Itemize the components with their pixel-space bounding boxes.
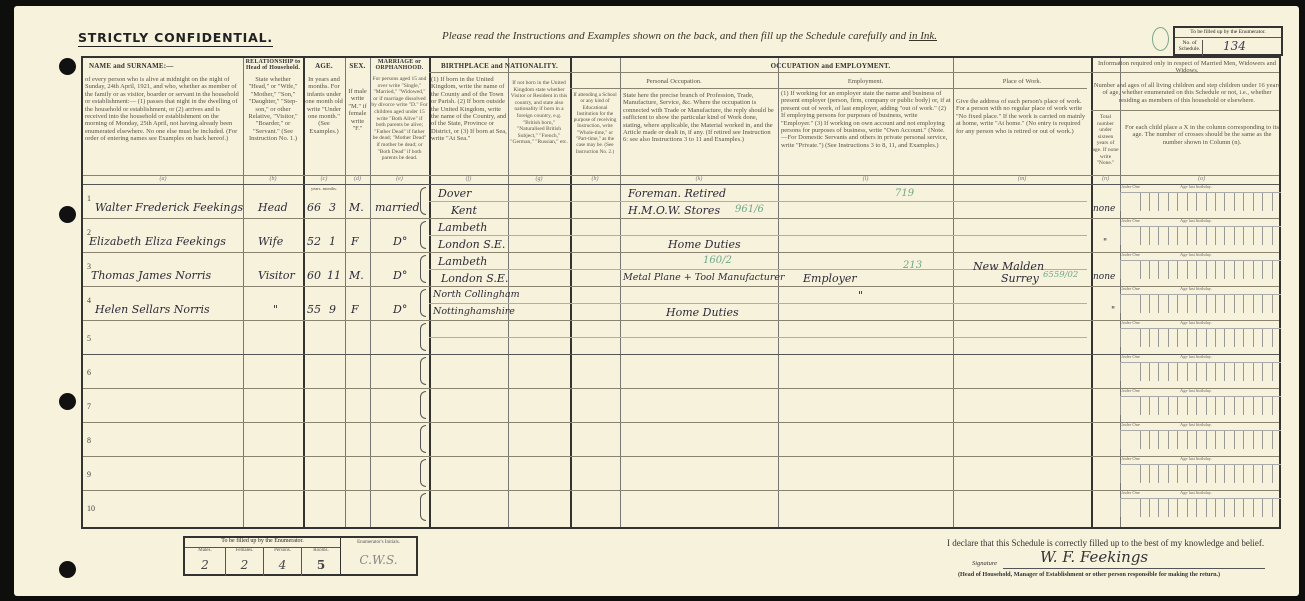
age-grid-under: Under One <box>1120 354 1140 362</box>
row-number: 5 <box>87 334 91 343</box>
row-number: 7 <box>87 402 91 411</box>
col-a-instructions: of every person who is alive at midnight… <box>85 76 241 174</box>
age-years: 66 <box>307 201 321 214</box>
col-d-instructions: If male write "M." if female write "F." <box>346 88 369 168</box>
females-label: Females. <box>226 548 263 553</box>
census-table: NAME and SURNAME:— RELATIONSHIP to Head … <box>81 56 1281 529</box>
age-grid: Under OneAge last birthday. <box>1120 184 1281 211</box>
children-total: none <box>1093 204 1115 214</box>
marriage-status: D° <box>393 303 407 316</box>
signature-label: Signature <box>972 560 997 567</box>
age-years: 60 <box>307 269 321 282</box>
age-grid-label: Age last birthday. <box>1180 184 1212 192</box>
initials-label: Enumerator's Initials. <box>341 540 416 545</box>
row-number: 1 <box>87 194 91 203</box>
binder-hole <box>59 206 76 223</box>
age-grid-label: Age last birthday. <box>1180 354 1212 362</box>
relationship: Visitor <box>258 269 295 282</box>
rooms-label: Rooms. <box>302 548 340 553</box>
instruction-ink: in Ink. <box>909 30 937 42</box>
married-instructions: Number and ages of all living children a… <box>1093 82 1281 108</box>
age-months: 11 <box>327 269 341 282</box>
binder-hole <box>59 58 76 75</box>
col-a-title: NAME and SURNAME:— <box>83 62 243 70</box>
males-label: Males. <box>185 548 225 553</box>
age-grid-under: Under One <box>1120 388 1140 396</box>
employment: " <box>858 289 863 302</box>
col-letter-o: (o) <box>1120 176 1283 182</box>
col-letter-l: (l) <box>778 176 953 182</box>
age-grid: Under OneAge last birthday. <box>1120 252 1281 279</box>
marriage-status: married <box>375 201 420 214</box>
signature-note: (Head of Household, Manager of Establish… <box>958 571 1220 578</box>
birthplace-town: Lambeth <box>438 255 487 268</box>
age-grid-label: Age last birthday. <box>1180 388 1212 396</box>
children-total: " <box>1103 238 1107 248</box>
col-letter-b: (b) <box>243 176 303 182</box>
col-b-title: RELATIONSHIP to Head of Household. <box>243 59 303 71</box>
relationship: " <box>273 303 278 316</box>
enumerator-box-title: To be filled up by the Enumerator. <box>185 538 340 548</box>
header-instruction: Please read the Instructions and Example… <box>442 30 937 42</box>
col-letter-d: (d) <box>345 176 370 182</box>
sex: M. <box>349 201 364 214</box>
age-grid-under: Under One <box>1120 184 1140 192</box>
col-e-title: MARRIAGE or ORPHANHOOD. <box>370 59 429 71</box>
marriage-status: D° <box>393 235 407 248</box>
occupation: Metal Plane + Tool Manufacturer <box>623 272 785 283</box>
col-l-instructions: (1) If working for an employer state the… <box>781 90 951 174</box>
age-grid: Under OneAge last birthday. <box>1120 218 1281 245</box>
col-l-title: Employment. <box>778 78 953 85</box>
enumerator-box: To be filled up by the Enumerator. Males… <box>183 536 418 576</box>
signature-line <box>1003 568 1265 569</box>
age-grid: Under OneAge last birthday. <box>1120 456 1281 483</box>
col-h-instructions: If attending a School or any kind of Edu… <box>572 92 618 174</box>
age-grid-label: Age last birthday. <box>1180 218 1212 226</box>
person-name: Helen Sellars Norris <box>95 303 210 316</box>
signature: W. F. Feekings <box>1040 548 1148 566</box>
employment: Employer <box>803 272 857 285</box>
col-o-instructions: For each child place a X in the column c… <box>1123 124 1281 174</box>
age-grid-under: Under One <box>1120 286 1140 294</box>
col-letter-m: (m) <box>953 176 1091 182</box>
sex: F <box>351 235 359 248</box>
age-years: 55 <box>307 303 321 316</box>
rooms-count: 5 <box>302 558 340 572</box>
birthplace-county: Nottinghamshire <box>433 306 515 317</box>
declaration-text: I declare that this Schedule is correctl… <box>947 538 1264 548</box>
age-grid-label: Age last birthday. <box>1180 456 1212 464</box>
col-c-instructions: In years and months. For infants under o… <box>305 76 343 174</box>
col-k-instructions: State here the precise branch of Profess… <box>623 92 775 174</box>
birthplace-title: BIRTHPLACE and NATIONALITY. <box>429 62 570 70</box>
age-grid: Under OneAge last birthday. <box>1120 388 1281 415</box>
age-grid: Under OneAge last birthday. <box>1120 286 1281 313</box>
employment-code: 719 <box>895 188 914 199</box>
col-letter-c: (c) <box>303 176 345 182</box>
sex: M. <box>349 269 364 282</box>
age-months: 1 <box>329 235 336 248</box>
schedule-number-box: To be filled up by the Enumerator. No. o… <box>1173 26 1283 56</box>
age-grid: Under OneAge last birthday. <box>1120 422 1281 449</box>
employment-code: 213 <box>903 260 922 271</box>
age-grid-under: Under One <box>1120 422 1140 430</box>
birthplace-town: Lambeth <box>438 221 487 234</box>
age-grid-label: Age last birthday. <box>1180 252 1212 260</box>
birthplace-town: North Collingham <box>433 289 520 300</box>
marriage-status: D° <box>393 269 407 282</box>
enumerator-initials: C.W.S. <box>341 553 416 567</box>
relationship: Wife <box>258 235 283 248</box>
col-letter-a: (a) <box>83 176 243 182</box>
col-letter-f: (f) <box>429 176 508 182</box>
occupation: Home Duties <box>666 306 739 319</box>
birthplace-town: Dover <box>438 187 471 200</box>
row-number: 10 <box>87 504 95 513</box>
binder-hole <box>59 561 76 578</box>
occupation: Home Duties <box>668 238 741 251</box>
children-total: none <box>1093 272 1115 282</box>
schedule-number: 134 <box>1223 39 1246 53</box>
col-c-title: AGE. <box>303 62 345 70</box>
persons-count: 4 <box>264 558 301 572</box>
col-f-instructions: (1) If born in the United Kingdom, write… <box>431 76 507 174</box>
schedule-box-label: No. of Schedule. <box>1177 40 1203 56</box>
row-number: 9 <box>87 470 91 479</box>
occupation-code: 961/6 <box>735 204 764 215</box>
col-m-title: Place of Work. <box>953 78 1091 85</box>
col-e-instructions: For persons aged 15 and over write "Sing… <box>371 76 428 174</box>
birthplace-county: London S.E. <box>438 238 505 251</box>
col-letter-n: (n) <box>1091 176 1120 182</box>
row-number: 6 <box>87 368 91 377</box>
age-grid: Under OneAge last birthday. <box>1120 320 1281 347</box>
occupation-title: OCCUPATION and EMPLOYMENT. <box>570 62 1091 70</box>
page-title: STRICTLY CONFIDENTIAL. <box>78 30 273 47</box>
col-d-title: SEX. <box>345 62 370 70</box>
person-name: Walter Frederick Feekings <box>95 201 243 214</box>
age-grid-under: Under One <box>1120 252 1140 260</box>
females-count: 2 <box>226 558 263 572</box>
age-months: 3 <box>329 201 336 214</box>
personal-occupation-title: Personal Occupation. <box>570 78 778 85</box>
age-subheader: years. months. <box>305 185 343 192</box>
age-months: 9 <box>329 303 336 316</box>
col-n-instructions: Total number under sixteen years of age.… <box>1092 114 1119 174</box>
age-grid-label: Age last birthday. <box>1180 422 1212 430</box>
persons-label: Persons. <box>264 548 301 553</box>
person-name: Thomas James Norris <box>91 269 211 282</box>
age-years: 52 <box>307 235 321 248</box>
col-letter-g: (g) <box>508 176 570 182</box>
row-number: 8 <box>87 436 91 445</box>
row-number: 4 <box>87 296 91 305</box>
birthplace-county: London S.E. <box>441 272 508 285</box>
circle-mark <box>1152 27 1169 51</box>
col-b-instructions: State whether "Head," or "Wife," "Mother… <box>245 76 301 174</box>
col-g-instructions: If not born in the United Kingdom state … <box>510 80 568 174</box>
age-grid-label: Age last birthday. <box>1180 320 1212 328</box>
col-letter-k: (k) <box>620 176 778 182</box>
instruction-text: Please read the Instructions and Example… <box>442 30 906 42</box>
age-grid-under: Under One <box>1120 456 1140 464</box>
col-letter-h: (h) <box>570 176 620 182</box>
person-name: Elizabeth Eliza Feekings <box>89 235 226 248</box>
sex: F <box>351 303 359 316</box>
place-of-work-county: Surrey <box>1001 272 1039 285</box>
occupation-employer: H.M.O.W. Stores <box>628 204 720 217</box>
relationship: Head <box>258 201 288 214</box>
place-code: 6559/02 <box>1043 270 1078 280</box>
age-grid-label: Age last birthday. <box>1180 286 1212 294</box>
occupation-code: 160/2 <box>703 255 732 266</box>
col-m-instructions: Give the address of each person's place … <box>956 98 1089 174</box>
col-letter-e: (e) <box>370 176 429 182</box>
age-grid-under: Under One <box>1120 218 1140 226</box>
occupation: Foreman. Retired <box>628 187 726 200</box>
age-grid-under: Under One <box>1120 490 1140 498</box>
children-total: " <box>1111 306 1115 316</box>
schedule-box-title: To be filled up by the Enumerator. <box>1175 28 1281 38</box>
age-grid: Under OneAge last birthday. <box>1120 490 1281 517</box>
age-grid-under: Under One <box>1120 320 1140 328</box>
males-count: 2 <box>185 558 225 572</box>
age-grid: Under OneAge last birthday. <box>1120 354 1281 381</box>
birthplace-county: Kent <box>451 204 477 217</box>
age-grid-label: Age last birthday. <box>1180 490 1212 498</box>
binder-hole <box>59 393 76 410</box>
